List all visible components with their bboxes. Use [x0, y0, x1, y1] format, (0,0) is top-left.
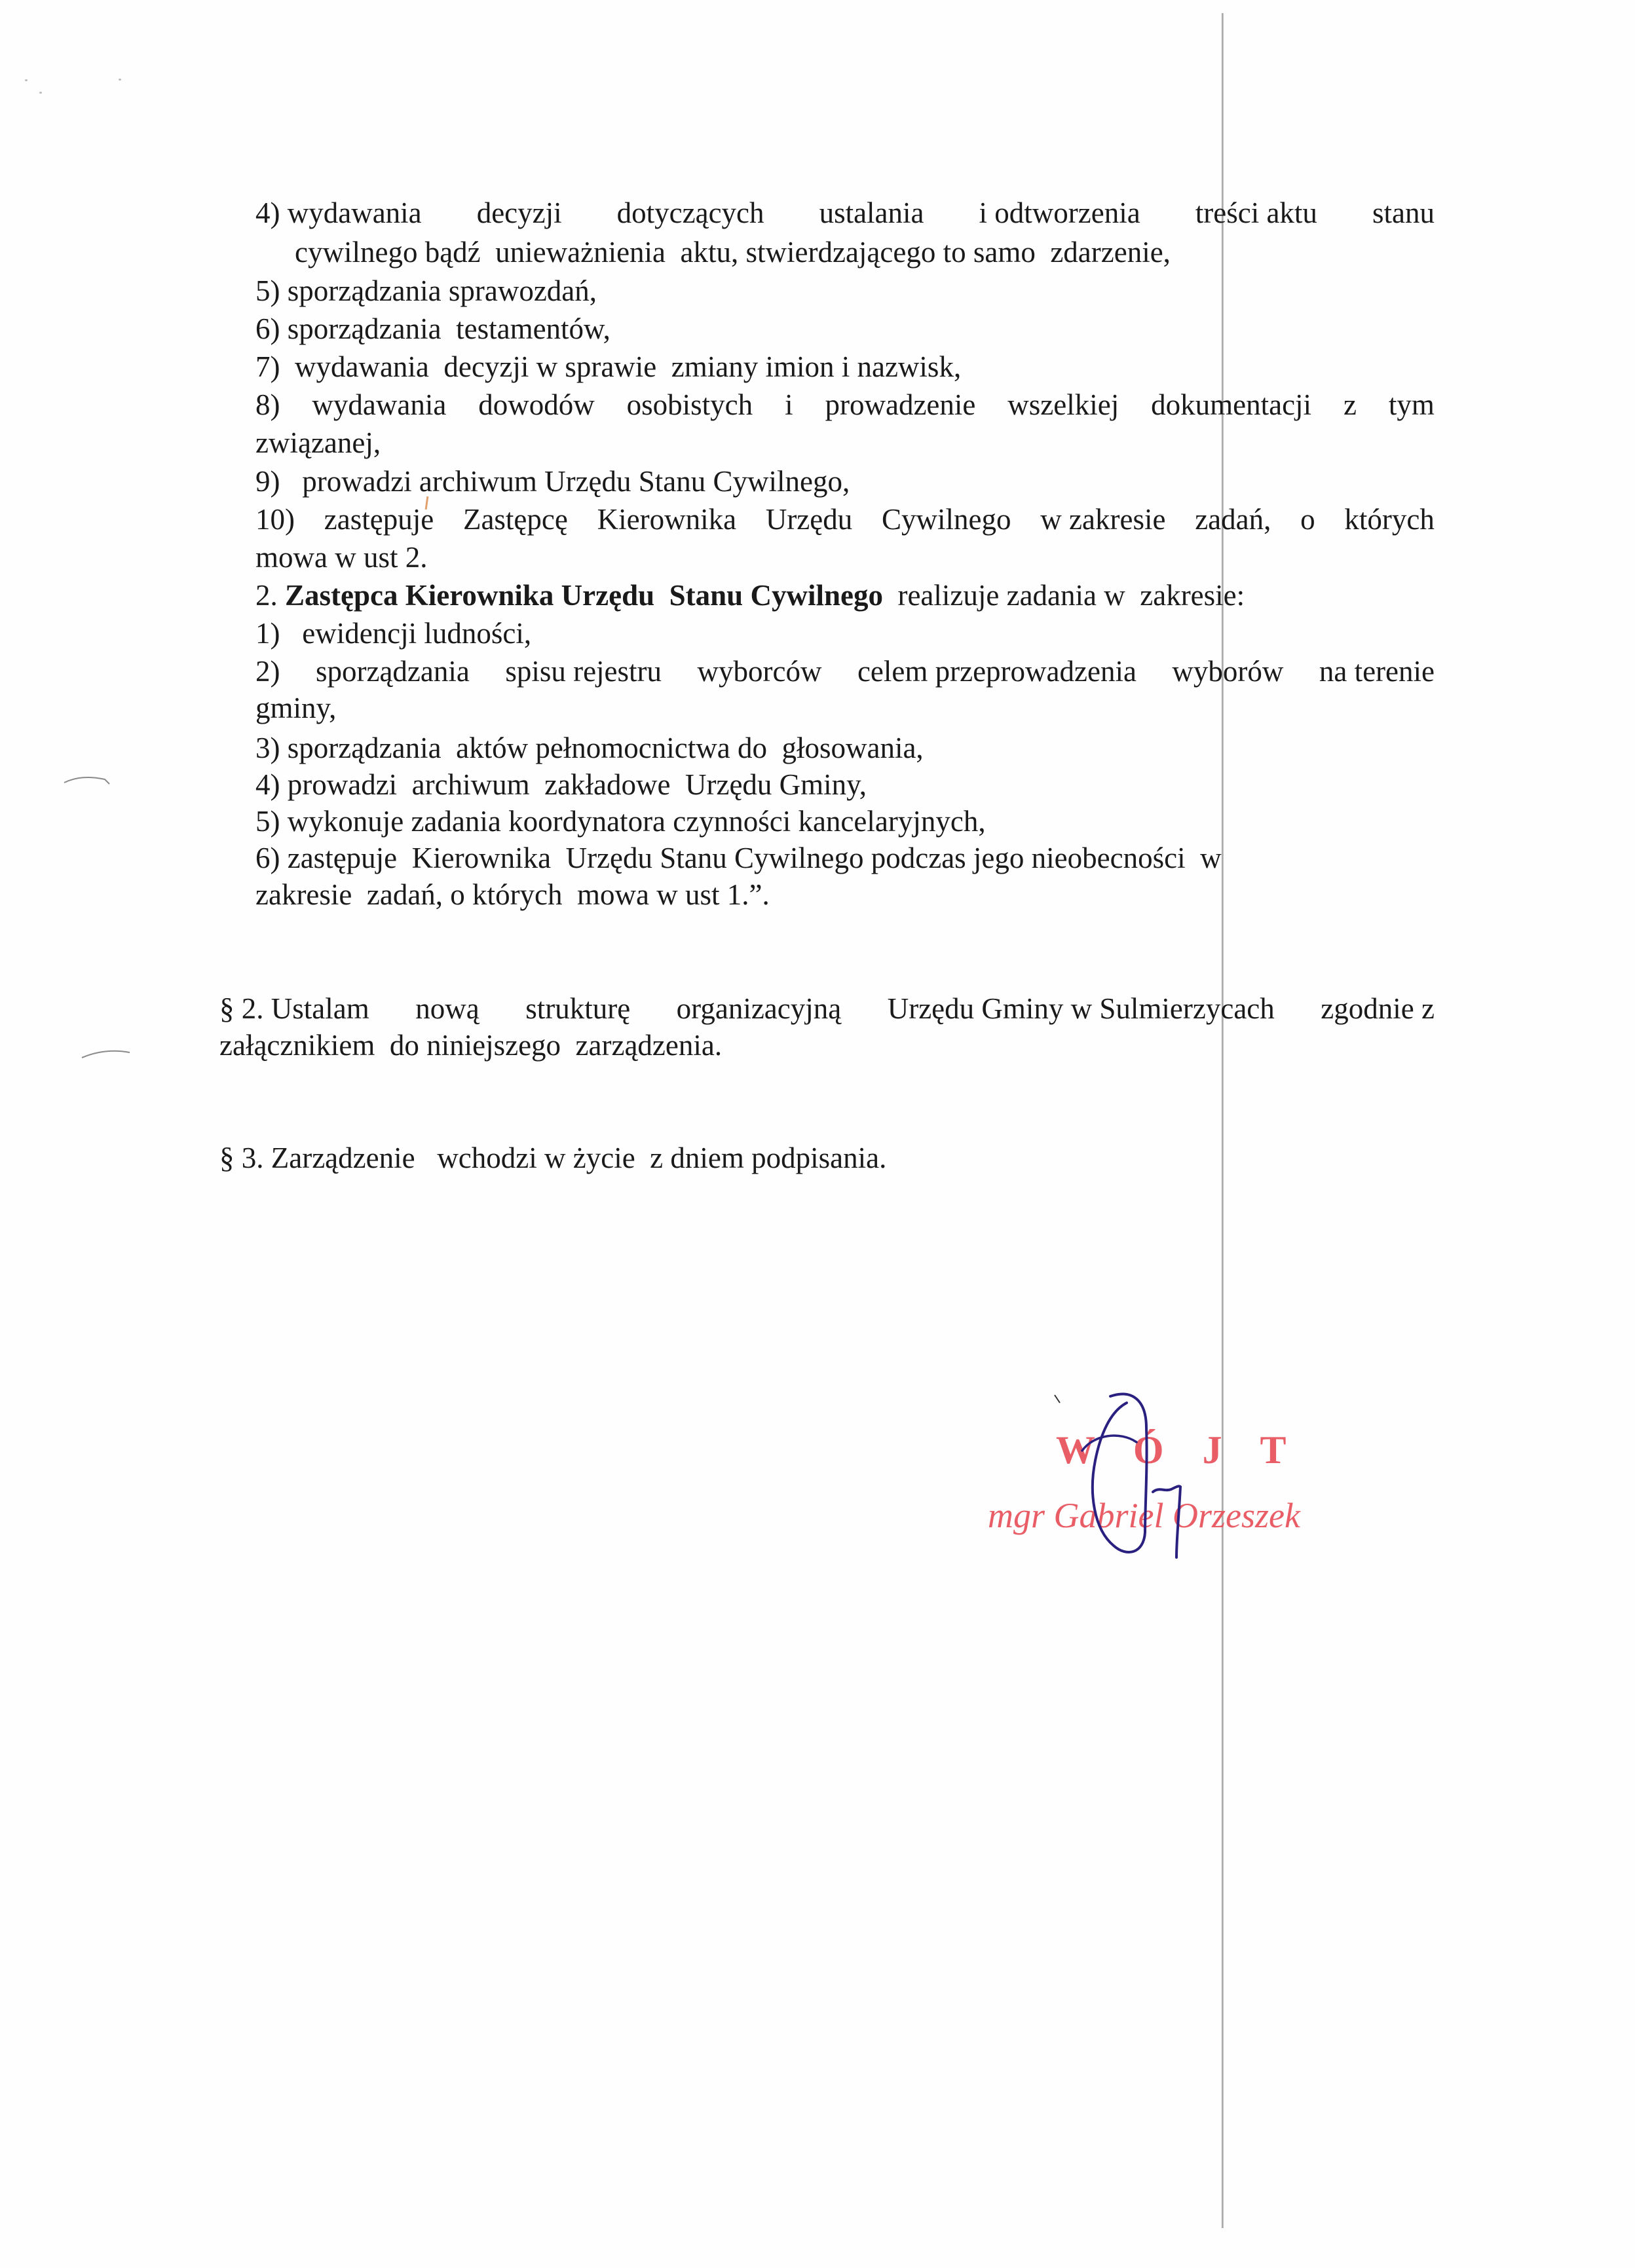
text-run: spisu rejestru — [505, 657, 662, 686]
text-run: stanu — [1372, 198, 1435, 228]
scan-speck — [119, 79, 121, 81]
text-run: decyzji — [477, 198, 562, 228]
zastepca-item-2-line: 2) sporządzania spisu rejestru wyborców … — [255, 657, 1435, 686]
section-3: § 3. Zarządzenie wchodzi w życie z dniem… — [219, 1143, 886, 1173]
scan-speck — [25, 79, 28, 81]
item-5: 5) sporządzania sprawozdań, — [255, 276, 597, 306]
section-2-line: § 2. Ustalam nową strukturę organizacyjn… — [219, 994, 1435, 1024]
hole-punch-mark — [62, 773, 115, 792]
text-run: Cywilnego — [882, 505, 1011, 534]
text-run: 10) — [255, 505, 295, 534]
text-run: w zakresie — [1040, 505, 1165, 534]
text-run: których — [1344, 505, 1434, 534]
text-run: prowadzenie — [825, 390, 975, 420]
text-run: na terenie — [1319, 657, 1435, 686]
zastepca-item-3: 3) sporządzania aktów pełnomocnictwa do … — [255, 734, 924, 763]
text-run: wszelkiej — [1007, 390, 1119, 420]
item-10-continuation: mowa w ust 2. — [255, 543, 428, 572]
item-6: 6) sporządzania testamentów, — [255, 314, 611, 344]
text-run: nową — [415, 994, 479, 1024]
text-run: ustalania — [819, 198, 924, 228]
text-run: i odtworzenia — [979, 198, 1140, 228]
text-run: treści aktu — [1195, 198, 1317, 228]
document-page: 4) wydawania decyzji dotyczących ustalan… — [0, 0, 1635, 2268]
zastepca-item-1: 1) ewidencji ludności, — [255, 619, 531, 648]
ust-2-heading: 2. Zastępca Kierownika Urzędu Stanu Cywi… — [255, 581, 1245, 610]
text-run: dotyczących — [617, 198, 764, 228]
handwritten-signature — [1048, 1382, 1245, 1578]
text-run: § 2. Ustalam — [219, 994, 369, 1024]
item-8-continuation: związanej, — [255, 428, 381, 458]
item-9: 9) prowadzi archiwum Urzędu Stanu Cywiln… — [255, 467, 850, 496]
text-run: dokumentacji — [1151, 390, 1311, 420]
zastepca-item-4: 4) prowadzi archiwum zakładowe Urzędu Gm… — [255, 770, 867, 800]
ust-rest: realizuje zadania w zakresie: — [883, 579, 1245, 612]
item-10-line: 10) zastępuje Zastępcę Kierownika Urzędu… — [255, 505, 1435, 534]
text-run: zastępuje — [324, 505, 434, 534]
zastepca-item-6: 6) zastępuje Kierownika Urzędu Stanu Cyw… — [255, 844, 1222, 873]
section-2-continuation: załącznikiem do niniejszego zarządzenia. — [219, 1031, 722, 1060]
text-run: sporządzania — [316, 657, 470, 686]
hole-punch-mark — [79, 1045, 138, 1064]
scan-speck — [39, 92, 42, 94]
scan-fold-line — [1222, 13, 1224, 2228]
item-4-continuation: cywilnego bądź unieważnienia aktu, stwie… — [295, 238, 1171, 267]
item-8-line: 8) wydawania dowodów osobistych i prowad… — [255, 390, 1435, 420]
zastepca-item-2-continuation: gminy, — [255, 694, 336, 723]
text-run: celem przeprowadzenia — [857, 657, 1137, 686]
text-run: 2) — [255, 657, 280, 686]
text-run: i — [785, 390, 793, 420]
text-run: wydawania — [312, 390, 446, 420]
text-run: 8) — [255, 390, 280, 420]
text-run: organizacyjną — [677, 994, 842, 1024]
text-run: zgodnie z — [1321, 994, 1435, 1024]
zastepca-item-5: 5) wykonuje zadania koordynatora czynnoś… — [255, 807, 986, 836]
text-run: Kierownika — [597, 505, 736, 534]
text-run: zadań, — [1195, 505, 1271, 534]
zastepca-item-6-continuation: zakresie zadań, o których mowa w ust 1.”… — [255, 880, 770, 910]
ust-bold-title: Zastępca Kierownika Urzędu Stanu Cywilne… — [285, 579, 883, 612]
ust-number: 2. — [255, 579, 285, 612]
text-run: dowodów — [478, 390, 595, 420]
text-run: o — [1300, 505, 1315, 534]
text-run: Urzędu Gminy w Sulmierzycach — [888, 994, 1275, 1024]
text-run: strukturę — [525, 994, 630, 1024]
text-run: Urzędu — [766, 505, 852, 534]
item-4-line: 4) wydawania decyzji dotyczących ustalan… — [255, 198, 1435, 228]
text-run: tym — [1389, 390, 1435, 420]
text-run: wyborców — [698, 657, 822, 686]
text-run: osobistych — [627, 390, 753, 420]
item-7: 7) wydawania decyzji w sprawie zmiany im… — [255, 352, 961, 382]
text-run: 4) wydawania — [255, 198, 422, 228]
text-run: wyborów — [1172, 657, 1283, 686]
text-run: Zastępcę — [463, 505, 568, 534]
text-run: z — [1344, 390, 1357, 420]
